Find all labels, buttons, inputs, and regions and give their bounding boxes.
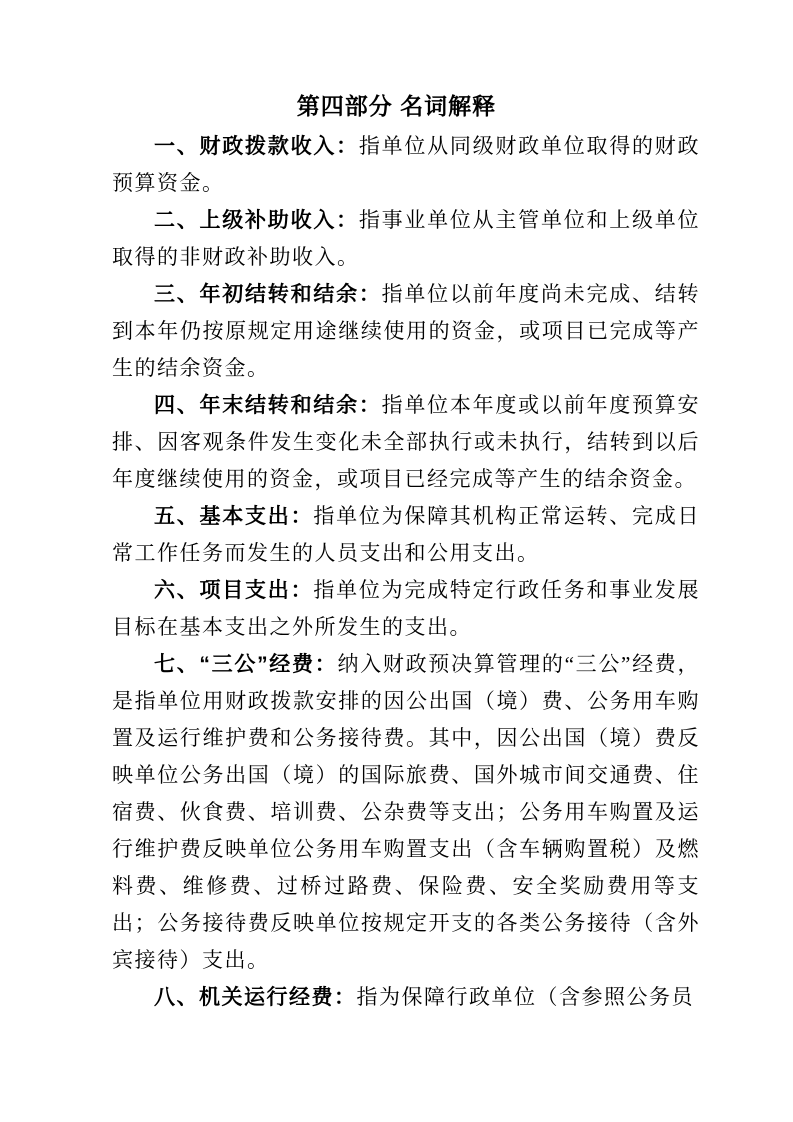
term-label: 四、年末结转和结余： <box>154 394 382 417</box>
definition-item: 八、机关运行经费：指为保障行政单位（含参照公务员 <box>112 979 700 1016</box>
definition-item: 六、项目支出：指单位为完成特定行政任务和事业发展目标在基本支出之外所发生的支出。 <box>112 572 700 646</box>
term-label: 七、“三公”经费： <box>154 653 337 676</box>
term-label: 一、财政拨款收入： <box>154 135 359 158</box>
term-label: 六、项目支出： <box>154 579 313 602</box>
term-definition: 纳入财政预决算管理的“三公”经费，是指单位用财政拨款安排的因公出国（境）费、公务… <box>112 652 700 972</box>
document-page: 第四部分 名词解释 一、财政拨款收入：指单位从同级财政单位取得的财政预算资金。 … <box>0 0 793 1122</box>
definition-item: 一、财政拨款收入：指单位从同级财政单位取得的财政预算资金。 <box>112 128 700 202</box>
document-body: 一、财政拨款收入：指单位从同级财政单位取得的财政预算资金。 二、上级补助收入：指… <box>112 128 700 1016</box>
term-label: 五、基本支出： <box>154 505 313 528</box>
term-label: 二、上级补助收入： <box>154 209 359 232</box>
term-definition: 指为保障行政单位（含参照公务员 <box>357 985 695 1009</box>
definition-item: 七、“三公”经费：纳入财政预决算管理的“三公”经费，是指单位用财政拨款安排的因公… <box>112 646 700 979</box>
term-label: 八、机关运行经费： <box>154 986 357 1009</box>
definition-item: 三、年初结转和结余：指单位以前年度尚未完成、结转到本年仍按原规定用途继续使用的资… <box>112 276 700 387</box>
definition-item: 五、基本支出：指单位为保障其机构正常运转、完成日常工作任务而发生的人员支出和公用… <box>112 498 700 572</box>
definition-item: 四、年末结转和结余：指单位本年度或以前年度预算安排、因客观条件发生变化未全部执行… <box>112 387 700 498</box>
term-label: 三、年初结转和结余： <box>154 283 382 306</box>
definition-item: 二、上级补助收入：指事业单位从主管单位和上级单位取得的非财政补助收入。 <box>112 202 700 276</box>
page-title: 第四部分 名词解释 <box>0 90 793 123</box>
